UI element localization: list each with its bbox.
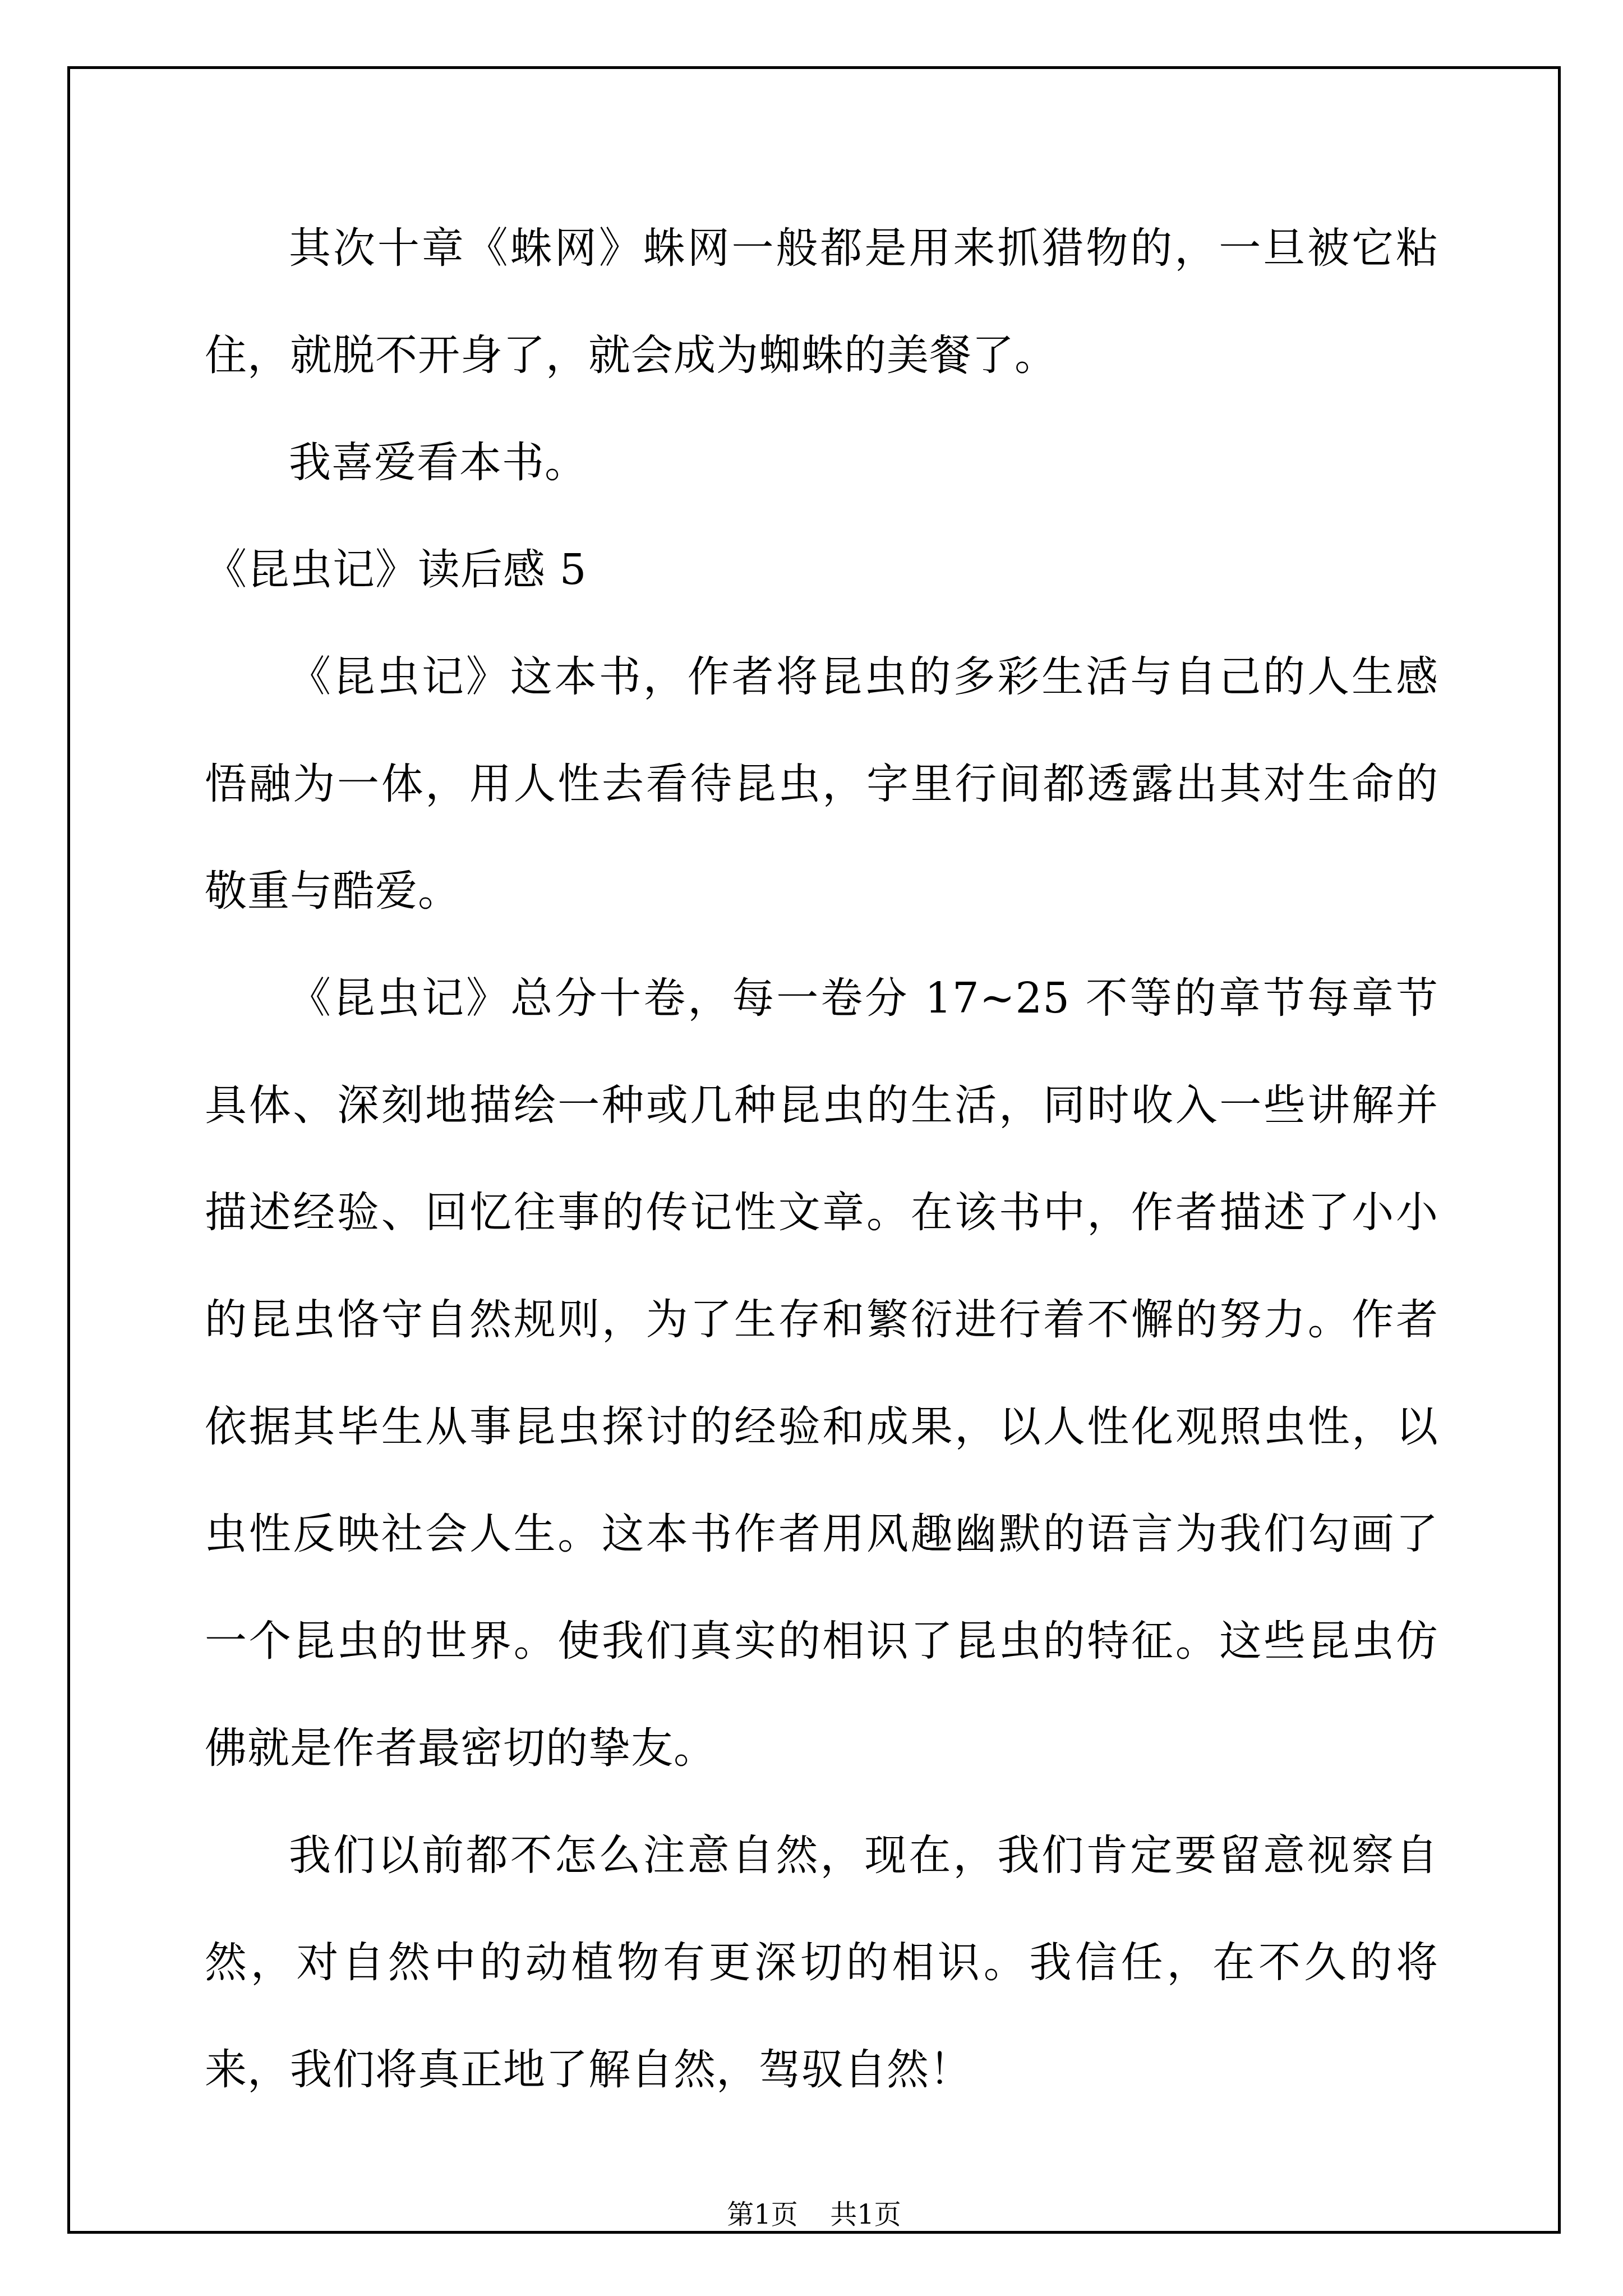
paragraph-like-book: 我喜爱看本书。 bbox=[205, 409, 1438, 516]
section-heading: 《昆虫记》读后感 5 bbox=[205, 516, 1438, 623]
footer-current-page: 第1页 bbox=[727, 2198, 798, 2231]
footer-total-pages: 共1页 bbox=[830, 2198, 901, 2231]
page-border-frame: 其次十章《蛛网》蛛网一般都是用来抓猎物的，一旦被它粘住，就脱不开身了，就会成为蜘… bbox=[67, 66, 1561, 2234]
document-content: 其次十章《蛛网》蛛网一般都是用来抓猎物的，一旦被它粘住，就脱不开身了，就会成为蜘… bbox=[205, 195, 1438, 2123]
paragraph-conclusion: 我们以前都不怎么注意自然，现在，我们肯定要留意视察自然，对自然中的动植物有更深切… bbox=[205, 1802, 1438, 2123]
paragraph-book-structure: 《昆虫记》总分十卷，每一卷分 17~25 不等的章节每章节具体、深刻地描绘一种或… bbox=[205, 945, 1438, 1802]
paragraph-spider-web: 其次十章《蛛网》蛛网一般都是用来抓猎物的，一旦被它粘住，就脱不开身了，就会成为蜘… bbox=[205, 195, 1438, 409]
page-footer: 第1页 共1页 bbox=[70, 2198, 1558, 2231]
document-page: 其次十章《蛛网》蛛网一般都是用来抓猎物的，一旦被它粘住，就脱不开身了，就会成为蜘… bbox=[0, 0, 1623, 2296]
paragraph-book-intro: 《昆虫记》这本书，作者将昆虫的多彩生活与自己的人生感悟融为一体，用人性去看待昆虫… bbox=[205, 623, 1438, 945]
